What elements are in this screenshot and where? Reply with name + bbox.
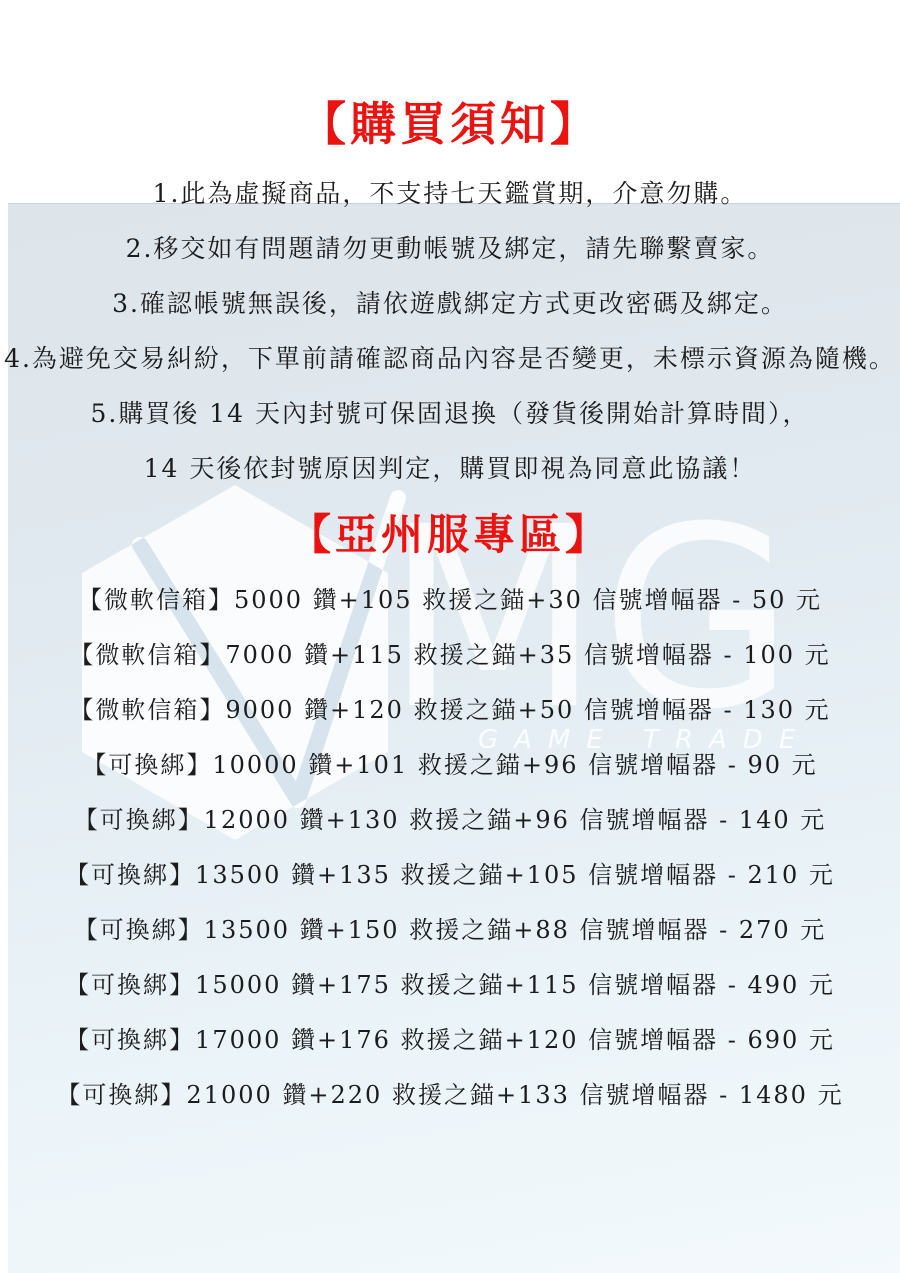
section-title: 【亞州服專區】 — [0, 502, 900, 562]
notice-item: 4.為避免交易糾紛，下單前請確認商品內容是否變更，未標示資源為隨機。 — [0, 329, 900, 384]
product-item: 【可換綁】21000 鑽+220 救援之錨+133 信號增幅器 - 1480 元 — [0, 1065, 900, 1120]
notice-title: 【購買須知】 — [0, 88, 900, 154]
product-item: 【可換綁】13500 鑽+150 救援之錨+88 信號增幅器 - 270 元 — [0, 900, 900, 955]
product-item: 【微軟信箱】9000 鑽+120 救援之錨+50 信號增幅器 - 130 元 — [0, 680, 900, 735]
notice-item: 14 天後依封號原因判定，購買即視為同意此協議！ — [0, 439, 900, 494]
product-item: 【可換綁】12000 鑽+130 救援之錨+96 信號增幅器 - 140 元 — [0, 790, 900, 845]
notice-item: 5.購買後 14 天內封號可保固退換（發貨後開始計算時間）， — [0, 384, 900, 439]
product-item: 【可換綁】13500 鑽+135 救援之錨+105 信號增幅器 - 210 元 — [0, 845, 900, 900]
product-item: 【可換綁】17000 鑽+176 救援之錨+120 信號增幅器 - 690 元 — [0, 1010, 900, 1065]
notice-item: 2.移交如有問題請勿更動帳號及綁定，請先聯繫賣家。 — [0, 219, 900, 274]
product-item: 【微軟信箱】5000 鑽+105 救援之錨+30 信號增幅器 - 50 元 — [0, 570, 900, 625]
product-item: 【可換綁】15000 鑽+175 救援之錨+115 信號增幅器 - 490 元 — [0, 955, 900, 1010]
product-item: 【可換綁】10000 鑽+101 救援之錨+96 信號增幅器 - 90 元 — [0, 735, 900, 790]
product-list: 【微軟信箱】5000 鑽+105 救援之錨+30 信號增幅器 - 50 元 【微… — [0, 570, 900, 1120]
product-item: 【微軟信箱】7000 鑽+115 救援之錨+35 信號增幅器 - 100 元 — [0, 625, 900, 680]
notice-item: 3.確認帳號無誤後，請依遊戲綁定方式更改密碼及綁定。 — [0, 274, 900, 329]
notice-list: 1.此為虛擬商品，不支持七天鑑賞期，介意勿購。 2.移交如有問題請勿更動帳號及綁… — [0, 164, 900, 494]
page-root: MG GAME TRADE 【購買須知】 1.此為虛擬商品，不支持七天鑑賞期，介… — [0, 0, 900, 1273]
notice-item: 1.此為虛擬商品，不支持七天鑑賞期，介意勿購。 — [0, 164, 900, 219]
